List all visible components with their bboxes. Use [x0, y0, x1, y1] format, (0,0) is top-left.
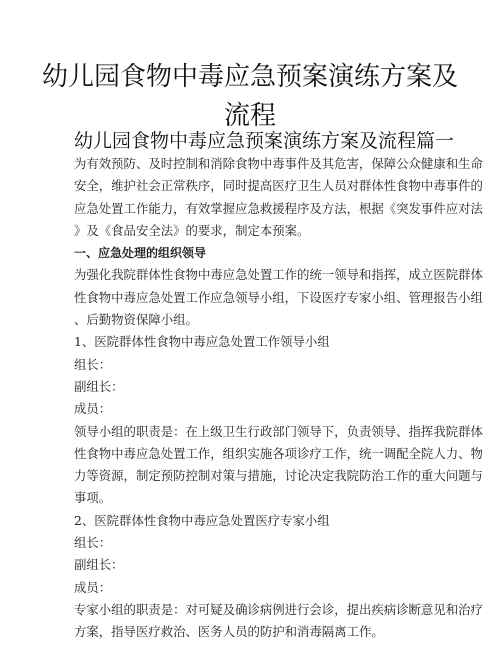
paragraph-line: 事项。 — [74, 487, 426, 509]
paragraph-line: 1、医院群体性食物中毒应急处置工作领导小组 — [74, 331, 426, 353]
document-body: 为有效预防、及时控制和消除食物中毒事件及其危害，保障公众健康和生命安全，维护社会… — [74, 153, 426, 644]
paragraph-line: 专家小组的职责是：对可疑及确诊病例进行会诊，提出疾病诊断意见和治疗 — [74, 599, 426, 621]
paragraph-line: 性食物中毒应急处置工作，组织实施各项诊疗工作，统一调配全院人力、物 — [74, 443, 426, 465]
subsection-heading: 一、应急处理的组织领导 — [74, 242, 426, 264]
document-page: 幼儿园食物中毒应急预案演练方案及 流程 幼儿园食物中毒应急预案演练方案及流程篇一… — [0, 0, 500, 647]
paragraph-line: 2、医院群体性食物中毒应急处置医疗专家小组 — [74, 510, 426, 532]
paragraph-line: 性食物中毒应急处置工作应急领导小组，下设医疗专家小组、管理报告小组 — [74, 287, 426, 309]
paragraph-line: 副组长： — [74, 554, 426, 576]
paragraph-line: 成员： — [74, 398, 426, 420]
paragraph-line: 应急处置工作能力，有效掌握应急救援程序及方法，根据《突发事件应对法 — [74, 198, 426, 220]
paragraph-line: 为强化我院群体性食物中毒应急处置工作的统一领导和指挥，成立医院群体 — [74, 264, 426, 286]
section-heading: 幼儿园食物中毒应急预案演练方案及流程篇一 — [74, 126, 454, 153]
document-title-line-1: 幼儿园食物中毒应急预案演练方案及 — [0, 56, 500, 93]
paragraph-line: 力等资源，制定预防控制对策与措施，讨论决定我院防治工作的重大问题与 — [74, 465, 426, 487]
paragraph-line: 方案，指导医疗救治、医务人员的防护和消毒隔离工作。 — [74, 621, 426, 643]
paragraph-line: 》及《食品安全法》的要求，制定本预案。 — [74, 220, 426, 242]
paragraph-line: 组长： — [74, 532, 426, 554]
paragraph-line: 为有效预防、及时控制和消除食物中毒事件及其危害，保障公众健康和生命 — [74, 153, 426, 175]
paragraph-line: 、后勤物资保障小组。 — [74, 309, 426, 331]
paragraph-line: 成员： — [74, 577, 426, 599]
paragraph-line: 领导小组的职责是：在上级卫生行政部门领导下，负责领导、指挥我院群体 — [74, 421, 426, 443]
paragraph-line: 组长： — [74, 354, 426, 376]
paragraph-line: 副组长： — [74, 376, 426, 398]
paragraph-line: 安全，维护社会正常秩序，同时提高医疗卫生人员对群体性食物中毒事件的 — [74, 175, 426, 197]
